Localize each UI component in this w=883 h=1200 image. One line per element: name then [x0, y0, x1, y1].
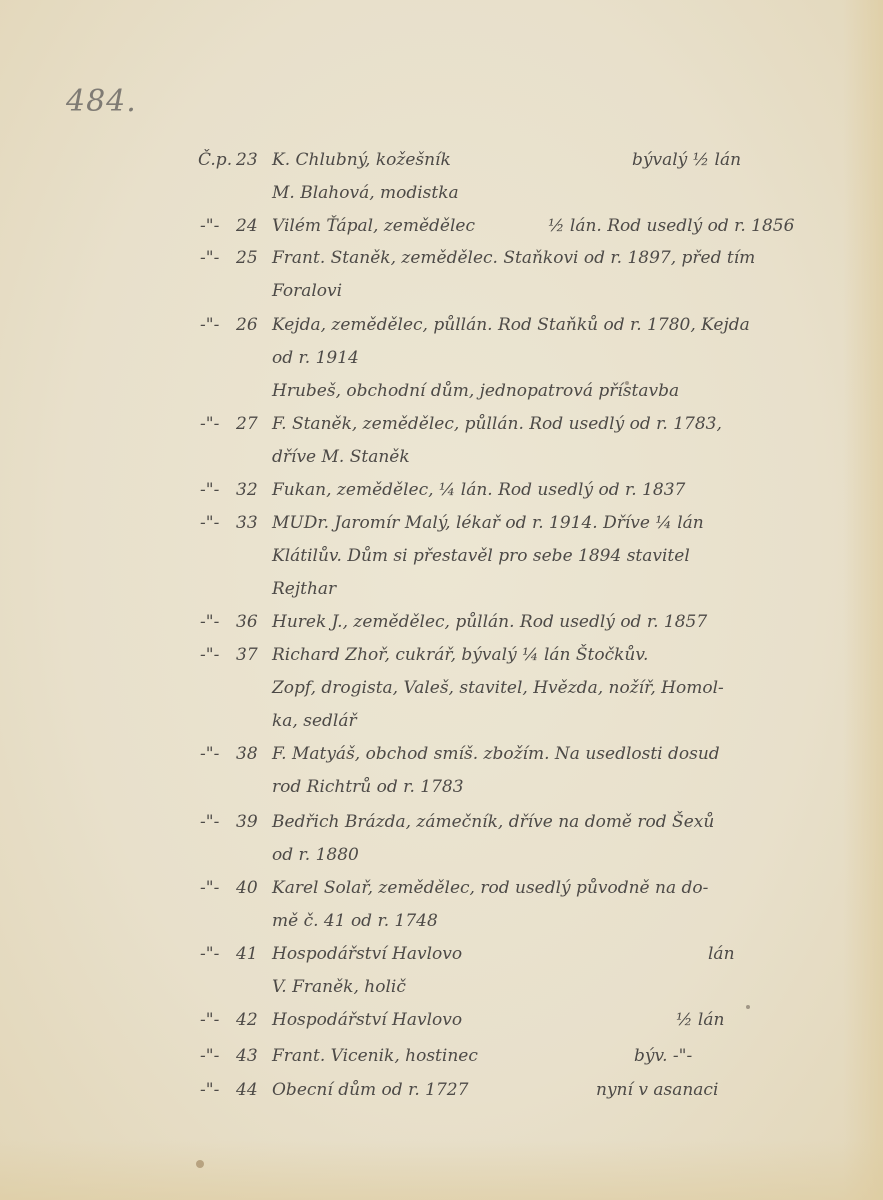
house-prefix: -"-: [200, 873, 219, 903]
entry-text: mě č. 41 od r. 1748: [272, 906, 438, 936]
entry-text: Hospodářství Havlovo: [272, 1005, 462, 1035]
list-item: -"-36Hurek J., zemědělec, půllán. Rod us…: [0, 607, 883, 637]
entry-text: Bedřich Brázda, zámečník, dříve na domě …: [272, 807, 714, 837]
list-item: Hrubeš, obchodní dům, jednopatrová příst…: [0, 376, 883, 406]
ink-blot: [196, 1160, 204, 1168]
list-item: -"-39Bedřich Brázda, zámečník, dříve na …: [0, 807, 883, 837]
entry-text: Fukan, zemědělec, ¼ lán. Rod usedlý od r…: [272, 475, 685, 505]
entry-note: nyní v asanaci: [596, 1075, 718, 1105]
house-number: 24: [236, 211, 258, 241]
list-item: mě č. 41 od r. 1748: [0, 906, 883, 936]
entry-text: Kejda, zemědělec, půllán. Rod Staňků od …: [272, 310, 750, 340]
list-item: -"-42Hospodářství Havlovo½ lán: [0, 1005, 883, 1035]
list-item: -"-25Frant. Staněk, zemědělec. Staňkovi …: [0, 243, 883, 273]
list-item: -"-24Vilém Ťápal, zemědělec½ lán. Rod us…: [0, 211, 883, 241]
entry-note: býv. -"-: [634, 1041, 692, 1071]
house-number: 38: [236, 739, 258, 769]
list-item: Zopf, drogista, Valeš, stavitel, Hvězda,…: [0, 673, 883, 703]
house-prefix: Č.p.: [198, 145, 232, 175]
list-item: -"-40Karel Solař, zemědělec, rod usedlý …: [0, 873, 883, 903]
house-number: 27: [236, 409, 258, 439]
entry-text: V. Franěk, holič: [272, 972, 406, 1002]
list-item: od r. 1914: [0, 343, 883, 373]
list-item: ka, sedlář: [0, 706, 883, 736]
entry-text: Rejthar: [272, 574, 336, 604]
house-number: 40: [236, 873, 258, 903]
entry-note: bývalý ½ lán: [632, 145, 741, 175]
list-item: Klátilův. Dům si přestavěl pro sebe 1894…: [0, 541, 883, 571]
entry-text: F. Matyáš, obchod smíš. zbožím. Na usedl…: [272, 739, 720, 769]
list-item: -"-37Richard Zhoř, cukrář, bývalý ¼ lán …: [0, 640, 883, 670]
house-prefix: -"-: [200, 1075, 219, 1105]
house-number: 33: [236, 508, 258, 538]
page-number: 484.: [66, 84, 137, 119]
list-item: -"-33MUDr. Jaromír Malý, lékař od r. 191…: [0, 508, 883, 538]
house-number: 25: [236, 243, 258, 273]
list-item: rod Richtrů od r. 1783: [0, 772, 883, 802]
house-number: 26: [236, 310, 258, 340]
ink-blot: [746, 1005, 750, 1009]
entry-text: MUDr. Jaromír Malý, lékař od r. 1914. Dř…: [272, 508, 704, 538]
entry-note: ½ lán. Rod usedlý od r. 1856: [548, 211, 794, 241]
house-prefix: -"-: [200, 508, 219, 538]
entry-text: Frant. Vicenik, hostinec: [272, 1041, 478, 1071]
entry-text: Frant. Staněk, zemědělec. Staňkovi od r.…: [272, 243, 755, 273]
entry-text: K. Chlubný, kožešník: [272, 145, 451, 175]
list-item: -"-44Obecní dům od r. 1727nyní v asanaci: [0, 1075, 883, 1105]
list-item: -"-27F. Staněk, zemědělec, půllán. Rod u…: [0, 409, 883, 439]
entry-text: Zopf, drogista, Valeš, stavitel, Hvězda,…: [272, 673, 724, 703]
house-number: 41: [236, 939, 258, 969]
paper-edge-shading: [0, 1140, 883, 1200]
house-prefix: -"-: [200, 475, 219, 505]
entry-text: dříve M. Staněk: [272, 442, 410, 472]
house-prefix: -"-: [200, 939, 219, 969]
entry-text: Hurek J., zemědělec, půllán. Rod usedlý …: [272, 607, 707, 637]
house-prefix: -"-: [200, 1041, 219, 1071]
house-prefix: -"-: [200, 640, 219, 670]
list-item: od r. 1880: [0, 840, 883, 870]
house-prefix: -"-: [200, 607, 219, 637]
manuscript-page: 484. Č.p.23K. Chlubný, kožešníkbývalý ½ …: [0, 0, 883, 1200]
house-number: 32: [236, 475, 258, 505]
list-item: Rejthar: [0, 574, 883, 604]
list-item: M. Blahová, modistka: [0, 178, 883, 208]
ink-blot: [625, 381, 629, 385]
entry-text: rod Richtrů od r. 1783: [272, 772, 464, 802]
house-prefix: -"-: [200, 1005, 219, 1035]
entry-text: F. Staněk, zemědělec, půllán. Rod usedlý…: [272, 409, 722, 439]
house-prefix: -"-: [200, 211, 219, 241]
house-prefix: -"-: [200, 409, 219, 439]
entry-text: Hrubeš, obchodní dům, jednopatrová příst…: [272, 376, 679, 406]
house-number: 42: [236, 1005, 258, 1035]
list-item: -"-43Frant. Vicenik, hostinecbýv. -"-: [0, 1041, 883, 1071]
house-prefix: -"-: [200, 807, 219, 837]
entry-note: ½ lán: [676, 1005, 724, 1035]
house-prefix: -"-: [200, 243, 219, 273]
list-item: V. Franěk, holič: [0, 972, 883, 1002]
list-item: -"-32Fukan, zemědělec, ¼ lán. Rod usedlý…: [0, 475, 883, 505]
list-item: Foralovi: [0, 276, 883, 306]
house-number: 39: [236, 807, 258, 837]
entry-text: M. Blahová, modistka: [272, 178, 459, 208]
entry-text: Hospodářství Havlovo: [272, 939, 462, 969]
entry-text: Vilém Ťápal, zemědělec: [272, 211, 475, 241]
house-number: 37: [236, 640, 258, 670]
entry-text: od r. 1914: [272, 343, 359, 373]
house-number: 44: [236, 1075, 258, 1105]
entry-text: Klátilův. Dům si přestavěl pro sebe 1894…: [272, 541, 690, 571]
entry-text: od r. 1880: [272, 840, 359, 870]
entry-text: ka, sedlář: [272, 706, 357, 736]
entry-text: Obecní dům od r. 1727: [272, 1075, 468, 1105]
list-item: -"-26Kejda, zemědělec, půllán. Rod Staňk…: [0, 310, 883, 340]
entry-text: Karel Solař, zemědělec, rod usedlý původ…: [272, 873, 708, 903]
list-item: Č.p.23K. Chlubný, kožešníkbývalý ½ lán: [0, 145, 883, 175]
entry-note: lán: [708, 939, 735, 969]
list-item: -"-41Hospodářství Havlovolán: [0, 939, 883, 969]
entry-text: Richard Zhoř, cukrář, bývalý ¼ lán Štočk…: [272, 640, 648, 670]
list-item: dříve M. Staněk: [0, 442, 883, 472]
house-prefix: -"-: [200, 310, 219, 340]
house-number: 23: [236, 145, 258, 175]
house-number: 36: [236, 607, 258, 637]
house-prefix: -"-: [200, 739, 219, 769]
list-item: -"-38F. Matyáš, obchod smíš. zbožím. Na …: [0, 739, 883, 769]
house-number: 43: [236, 1041, 258, 1071]
entry-text: Foralovi: [272, 276, 342, 306]
